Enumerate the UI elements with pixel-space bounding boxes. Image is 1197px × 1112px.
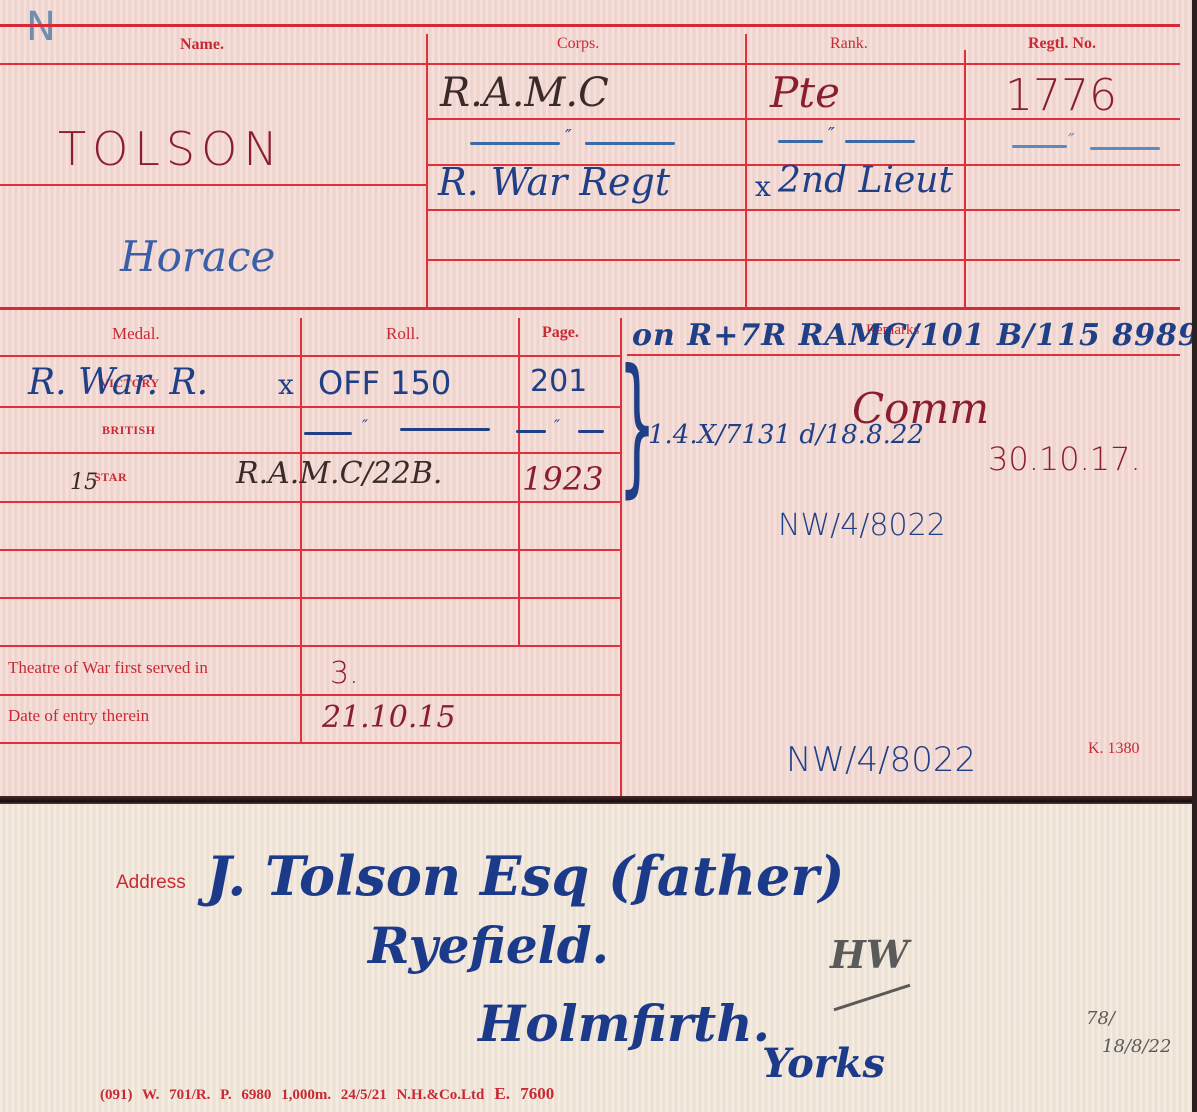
remarks-comm: Comm xyxy=(852,384,989,433)
forename: Horace xyxy=(120,232,275,281)
rule xyxy=(428,209,1180,211)
ditto-mark: ″ xyxy=(362,416,368,435)
medal-label: Medal. xyxy=(112,324,160,344)
date-entry-value: 21.10.15 xyxy=(322,700,456,735)
address-line-4: Yorks xyxy=(762,1040,885,1087)
form-number: K. 1380 xyxy=(1088,740,1140,758)
theatre-label: Theatre of War first served in xyxy=(8,658,208,678)
regtl-no-entry: 1776 xyxy=(1005,70,1117,121)
ditto-mark: ″ xyxy=(828,124,835,145)
ditto-mark: ″ xyxy=(565,126,572,147)
rank-entry-1: Pte xyxy=(770,68,840,117)
ditto-dash xyxy=(304,432,352,435)
ditto-dash xyxy=(1090,147,1160,150)
rule xyxy=(428,259,1180,261)
printer-imprint: (091) W. 701/R. P. 6980 1,000m. 24/5/21 … xyxy=(100,1084,554,1104)
address-line-1: J. Tolson Esq (father) xyxy=(206,844,844,908)
address-card: Address J. Tolson Esq (father) Ryefield.… xyxy=(0,804,1197,1112)
page-entry-victory: 201 xyxy=(530,364,587,399)
card-edge xyxy=(1192,0,1197,1112)
col-rule xyxy=(300,318,302,744)
address-label: Address xyxy=(116,872,186,894)
ditto-dash xyxy=(845,140,915,143)
remarks-ref-2: NW/4/8022 xyxy=(786,740,976,780)
print-line: (091) W. 701/R. P. 6980 1,000m. 24/5/21 … xyxy=(100,1087,484,1103)
rule xyxy=(0,501,620,503)
rule xyxy=(0,645,620,647)
theatre-value: 3. xyxy=(330,656,359,691)
corps-entry-1: R.A.M.C xyxy=(440,70,609,116)
medal-annotation: R. War. R. xyxy=(28,362,208,403)
rank-prefix-mark: x xyxy=(755,170,771,203)
roll-entry-star: R.A.M.C/22B. xyxy=(236,456,442,491)
corner-mark: N xyxy=(26,4,56,50)
initials: HW xyxy=(830,932,909,977)
roll-entry-victory: OFF 150 xyxy=(318,364,451,402)
address-line-3: Holmfirth. xyxy=(478,994,770,1053)
rule xyxy=(0,184,426,186)
col-rule xyxy=(964,50,966,308)
print-code: E. 7600 xyxy=(494,1084,554,1103)
pencil-note-1: 78/ xyxy=(1086,1008,1115,1029)
ditto-dash xyxy=(585,142,675,145)
ditto-dash xyxy=(516,430,546,433)
rule xyxy=(0,452,620,454)
corps-entry-2: R. War Regt xyxy=(438,160,670,204)
ditto-mark: ″ xyxy=(554,416,560,435)
name-label: Name. xyxy=(180,36,224,54)
medal-index-card: N Name. Corps. Rank. Regtl. No. TOLSON H… xyxy=(0,0,1197,800)
rule xyxy=(0,597,620,599)
roll-mark: x xyxy=(278,368,294,401)
page-entry-star: 1923 xyxy=(522,460,603,498)
ditto-dash xyxy=(400,428,490,431)
col-rule xyxy=(426,34,428,308)
rule-top xyxy=(0,24,1180,27)
rule xyxy=(0,406,620,408)
ditto-dash xyxy=(470,142,560,145)
ditto-dash xyxy=(778,140,823,143)
rule xyxy=(0,742,620,744)
medal-british: BRITISH xyxy=(102,423,156,438)
rule-name-header xyxy=(0,63,426,65)
ditto-dash xyxy=(1012,145,1067,148)
date-entry-label: Date of entry therein xyxy=(8,706,149,726)
ditto-mark: ″ xyxy=(1068,130,1075,151)
rule-remarks xyxy=(627,354,1180,356)
remarks-line-1: on R+7R RAMC/101 B/115 8989 xyxy=(632,318,1197,353)
roll-label: Roll. xyxy=(386,324,420,344)
medal-star: STAR xyxy=(94,470,127,485)
surname: TOLSON xyxy=(58,122,284,176)
rank-entry-2: 2nd Lieut xyxy=(778,160,953,201)
remarks-ref-1: NW/4/8022 xyxy=(778,508,946,543)
rule xyxy=(0,355,620,357)
rule xyxy=(0,549,620,551)
remarks-comm-date: 30.10.17. xyxy=(988,440,1141,478)
ditto-dash xyxy=(578,430,604,433)
initials-underline xyxy=(833,984,910,1012)
col-rule xyxy=(745,34,747,308)
rule-section xyxy=(0,307,1180,310)
rule xyxy=(0,694,620,696)
regtl-no-label: Regtl. No. xyxy=(1028,35,1096,53)
rank-label: Rank. xyxy=(830,35,868,53)
address-line-2: Ryefield. xyxy=(368,916,609,975)
col-rule xyxy=(518,318,520,645)
corps-label: Corps. xyxy=(557,35,599,53)
page-label: Page. xyxy=(542,324,579,342)
rule-header xyxy=(428,63,1180,65)
pencil-note-2: 18/8/22 xyxy=(1102,1036,1171,1057)
